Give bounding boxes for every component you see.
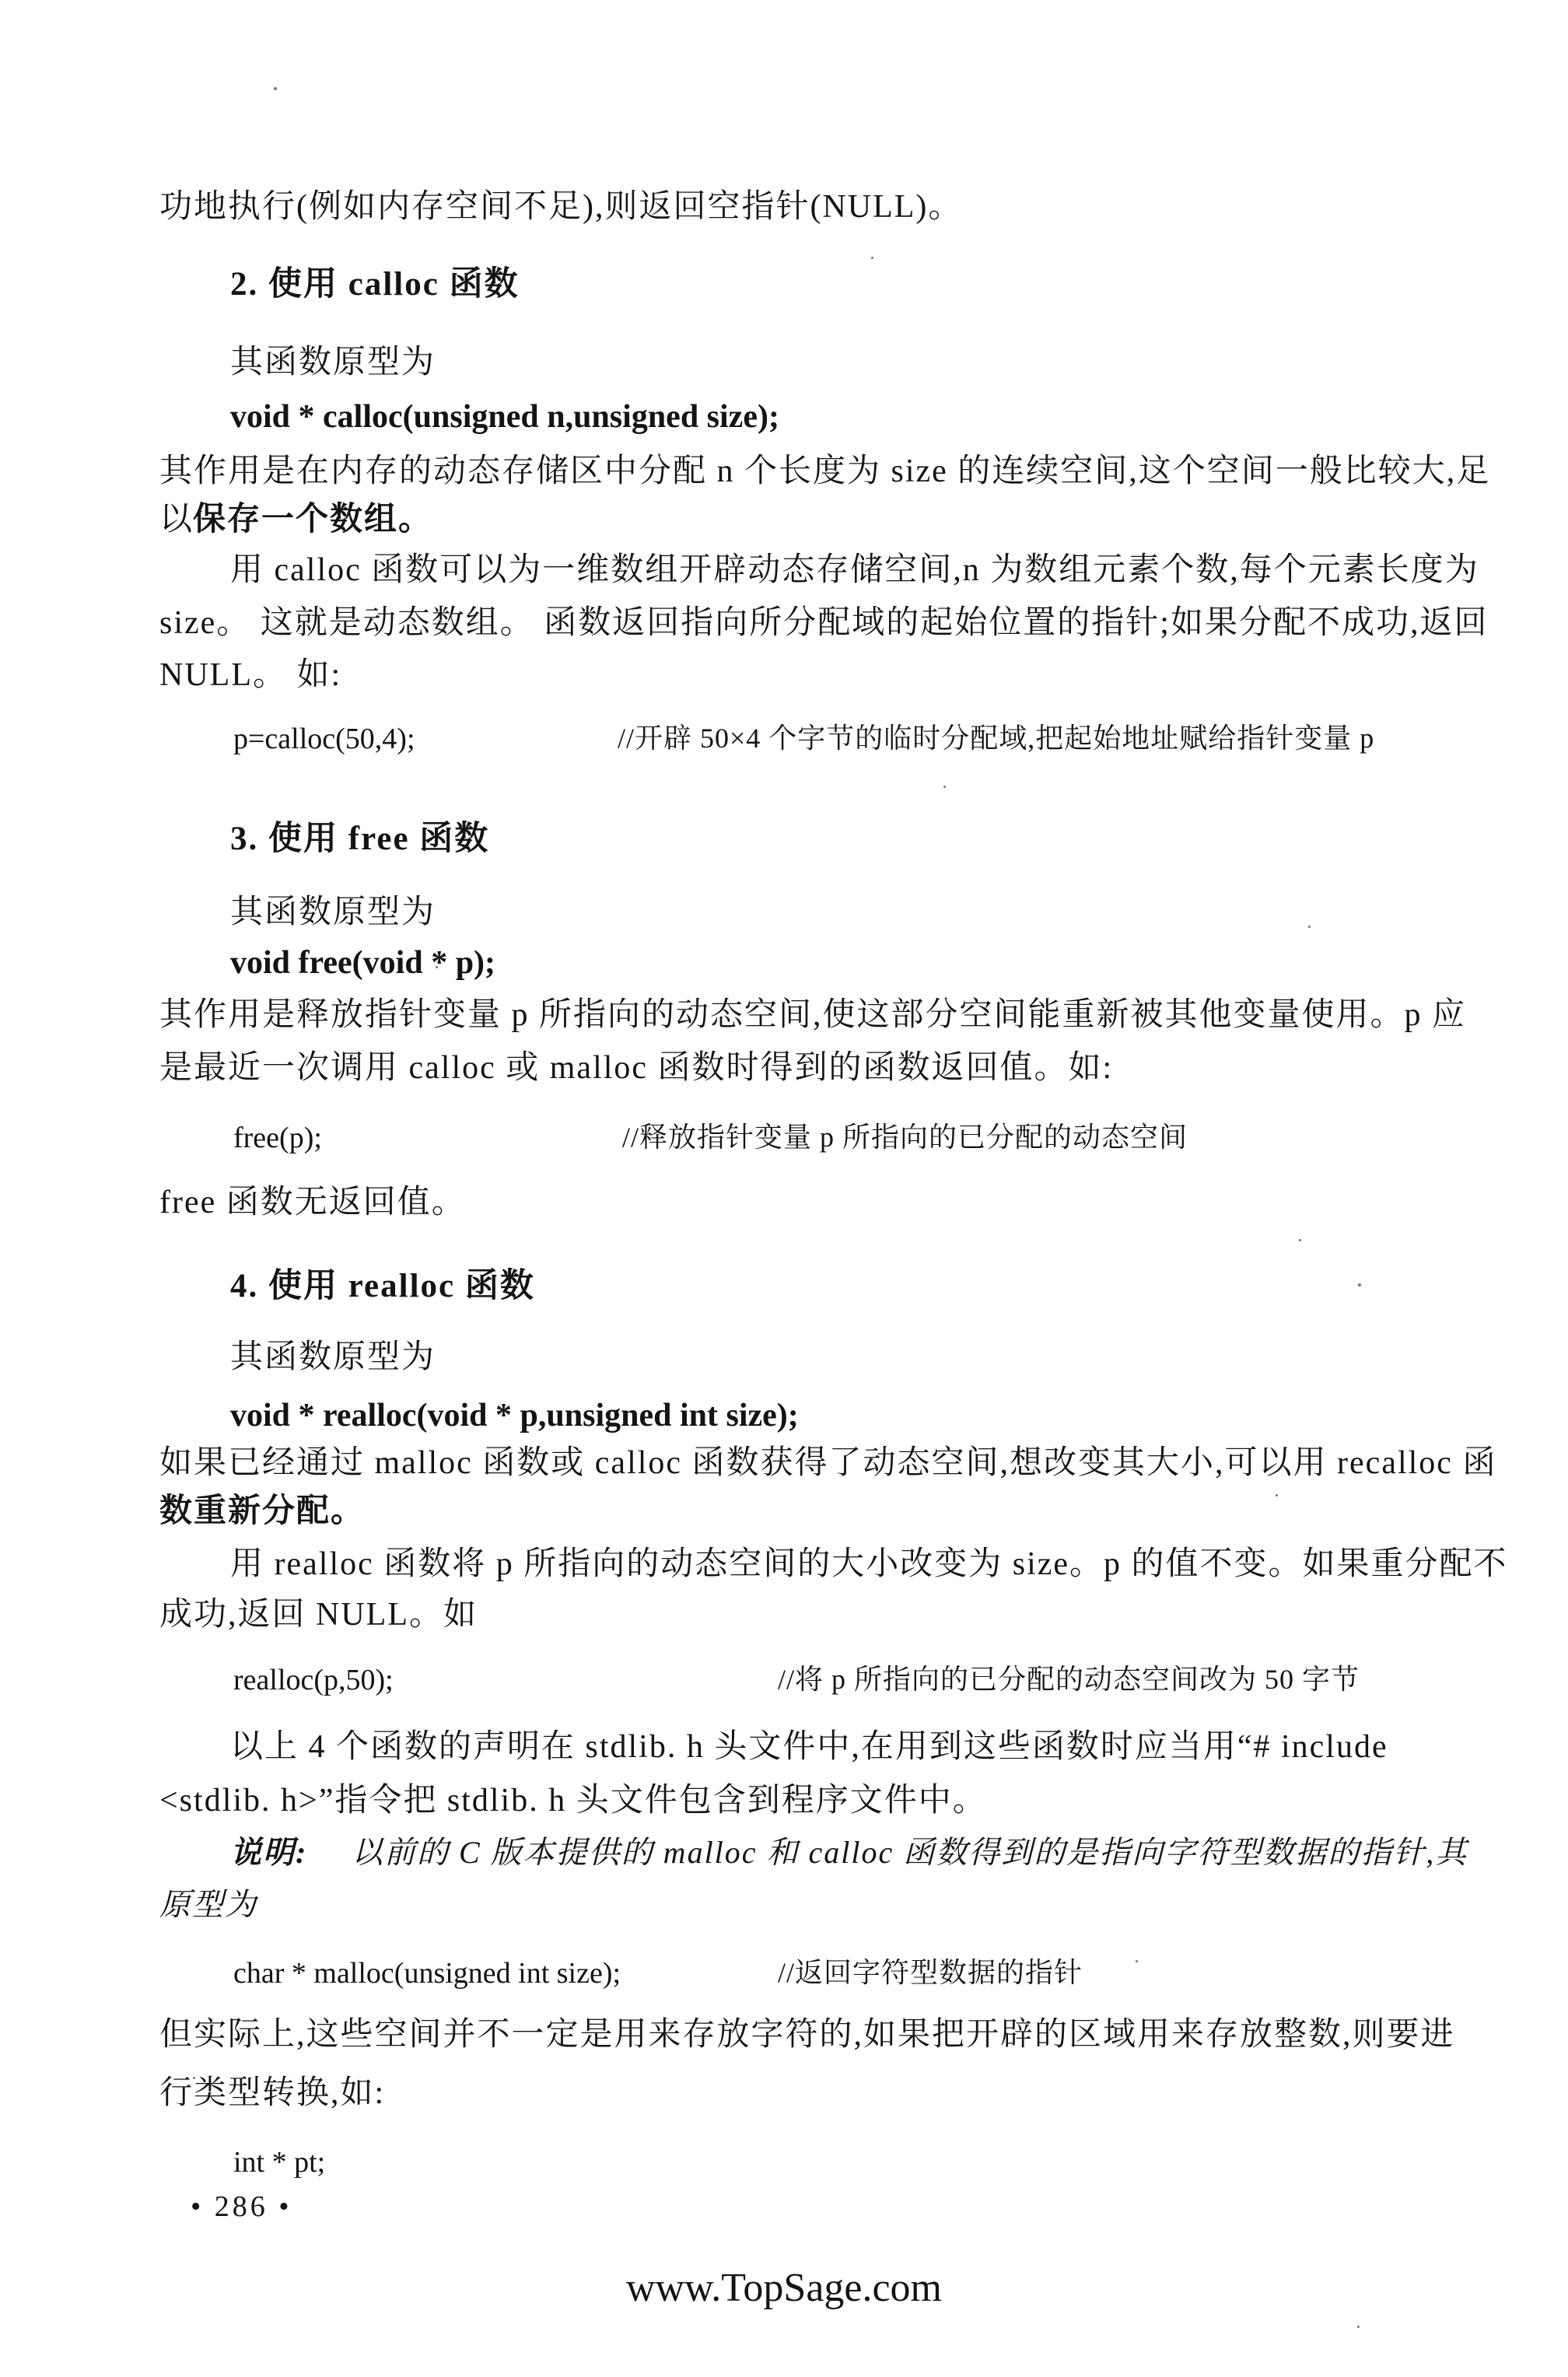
code-comment: //开辟 50×4 个字节的临时分配域,把起始地址赋给指针变量 p xyxy=(618,723,1374,754)
body-text-run-bold: 保存一个数组。 xyxy=(193,502,432,537)
scan-noise-dot xyxy=(871,257,873,259)
watermark-site-url: www.TopSage.com xyxy=(0,2265,1568,2311)
scan-noise-dot xyxy=(943,786,946,788)
code-text: free(p); xyxy=(233,1122,322,1155)
function-prototype: void free(void * p); xyxy=(230,945,495,981)
scan-noise-dot xyxy=(1308,926,1311,928)
body-text-run: size。 这就是动态数组。 函数返回指向所分配域的起始位置的指针;如果分配不成… xyxy=(159,605,1488,641)
body-text-run: 用 calloc 函数可以为一维数组开辟动态存储空间,n 为数组元素个数,每个元… xyxy=(230,552,1479,588)
code-comment: //返回字符型数据的指针 xyxy=(778,1958,1083,1989)
body-text-run: 行类型转换,如: xyxy=(159,2075,385,2111)
function-prototype: void * calloc(unsigned n,unsigned size); xyxy=(230,399,779,435)
code-text: int * pt; xyxy=(233,2147,325,2179)
body-text-run: <stdlib. h>”指令把 stdlib. h 头文件包含到程序文件中。 xyxy=(159,1783,987,1819)
body-text-run: 是最近一次调用 calloc 或 malloc 函数时得到的函数返回值。如: xyxy=(159,1050,1113,1086)
scan-noise-dot xyxy=(1276,1494,1278,1497)
body-text-run: 但实际上,这些空间并不一定是用来存放字符的,如果把开辟的区域用来存放整数,则要进 xyxy=(159,2017,1455,2053)
scan-noise-dot xyxy=(1358,1283,1361,1287)
note-text-run: 原型为 xyxy=(159,1888,257,1922)
scan-noise-dot xyxy=(193,2077,195,2079)
code-comment: //释放指针变量 p 所指向的已分配的动态空间 xyxy=(622,1122,1188,1153)
note-label: 说明: xyxy=(230,1836,307,1870)
scan-noise-dot xyxy=(1299,1239,1301,1241)
section-heading: 3. 使用 free 函数 xyxy=(230,821,489,857)
book-page: • 286 • www.TopSage.com 功地执行(例如内存空间不足),则… xyxy=(0,0,1568,2377)
body-text-run: 功地执行(例如内存空间不足),则返回空指针(NULL)。 xyxy=(159,189,962,225)
function-prototype: void * realloc(void * p,unsigned int siz… xyxy=(230,1398,799,1434)
body-text-run: 以上 4 个函数的声明在 stdlib. h 头文件中,在用到这些函数时应当用“… xyxy=(230,1729,1388,1765)
note-text-run: 以前的 C 版本提供的 malloc 和 calloc 函数得到的是指向字符型数… xyxy=(352,1836,1468,1870)
body-text-run: 其作用是在内存的动态存储区中分配 n 个长度为 size 的连续空间,这个空间一… xyxy=(159,453,1490,489)
body-text-run: free 函数无返回值。 xyxy=(159,1185,466,1220)
body-text-run: NULL。 如: xyxy=(159,657,341,693)
body-text-run-bold: 数重新分配。 xyxy=(159,1493,365,1529)
page-number: • 286 • xyxy=(191,2190,292,2224)
scan-noise-dot xyxy=(436,966,438,968)
body-text-run: 其函数原型为 xyxy=(230,894,436,930)
body-text-run: 以 xyxy=(159,502,194,537)
section-heading: 4. 使用 realloc 函数 xyxy=(230,1268,535,1304)
body-text-run: 如果已经通过 malloc 函数或 calloc 函数获得了动态空间,想改变其大… xyxy=(159,1445,1496,1481)
code-text: realloc(p,50); xyxy=(233,1665,394,1697)
code-comment: //将 p 所指向的已分配的动态空间改为 50 字节 xyxy=(778,1665,1360,1696)
scan-noise-dot xyxy=(1357,2326,1360,2328)
section-heading: 2. 使用 calloc 函数 xyxy=(230,266,520,303)
scan-noise-dot xyxy=(1136,1960,1138,1962)
body-text-run: 其函数原型为 xyxy=(230,1339,436,1375)
code-text: p=calloc(50,4); xyxy=(233,723,415,756)
scan-noise-dot xyxy=(274,87,277,90)
body-text-run: 成功,返回 NULL。如 xyxy=(159,1597,478,1633)
code-text: char * malloc(unsigned int size); xyxy=(233,1958,621,1990)
body-text-run: 其函数原型为 xyxy=(230,345,436,380)
body-text-run: 其作用是释放指针变量 p 所指向的动态空间,使这部分空间能重新被其他变量使用。p… xyxy=(159,997,1466,1033)
body-text-run: 用 realloc 函数将 p 所指向的动态空间的大小改变为 size。p 的值… xyxy=(230,1546,1508,1582)
